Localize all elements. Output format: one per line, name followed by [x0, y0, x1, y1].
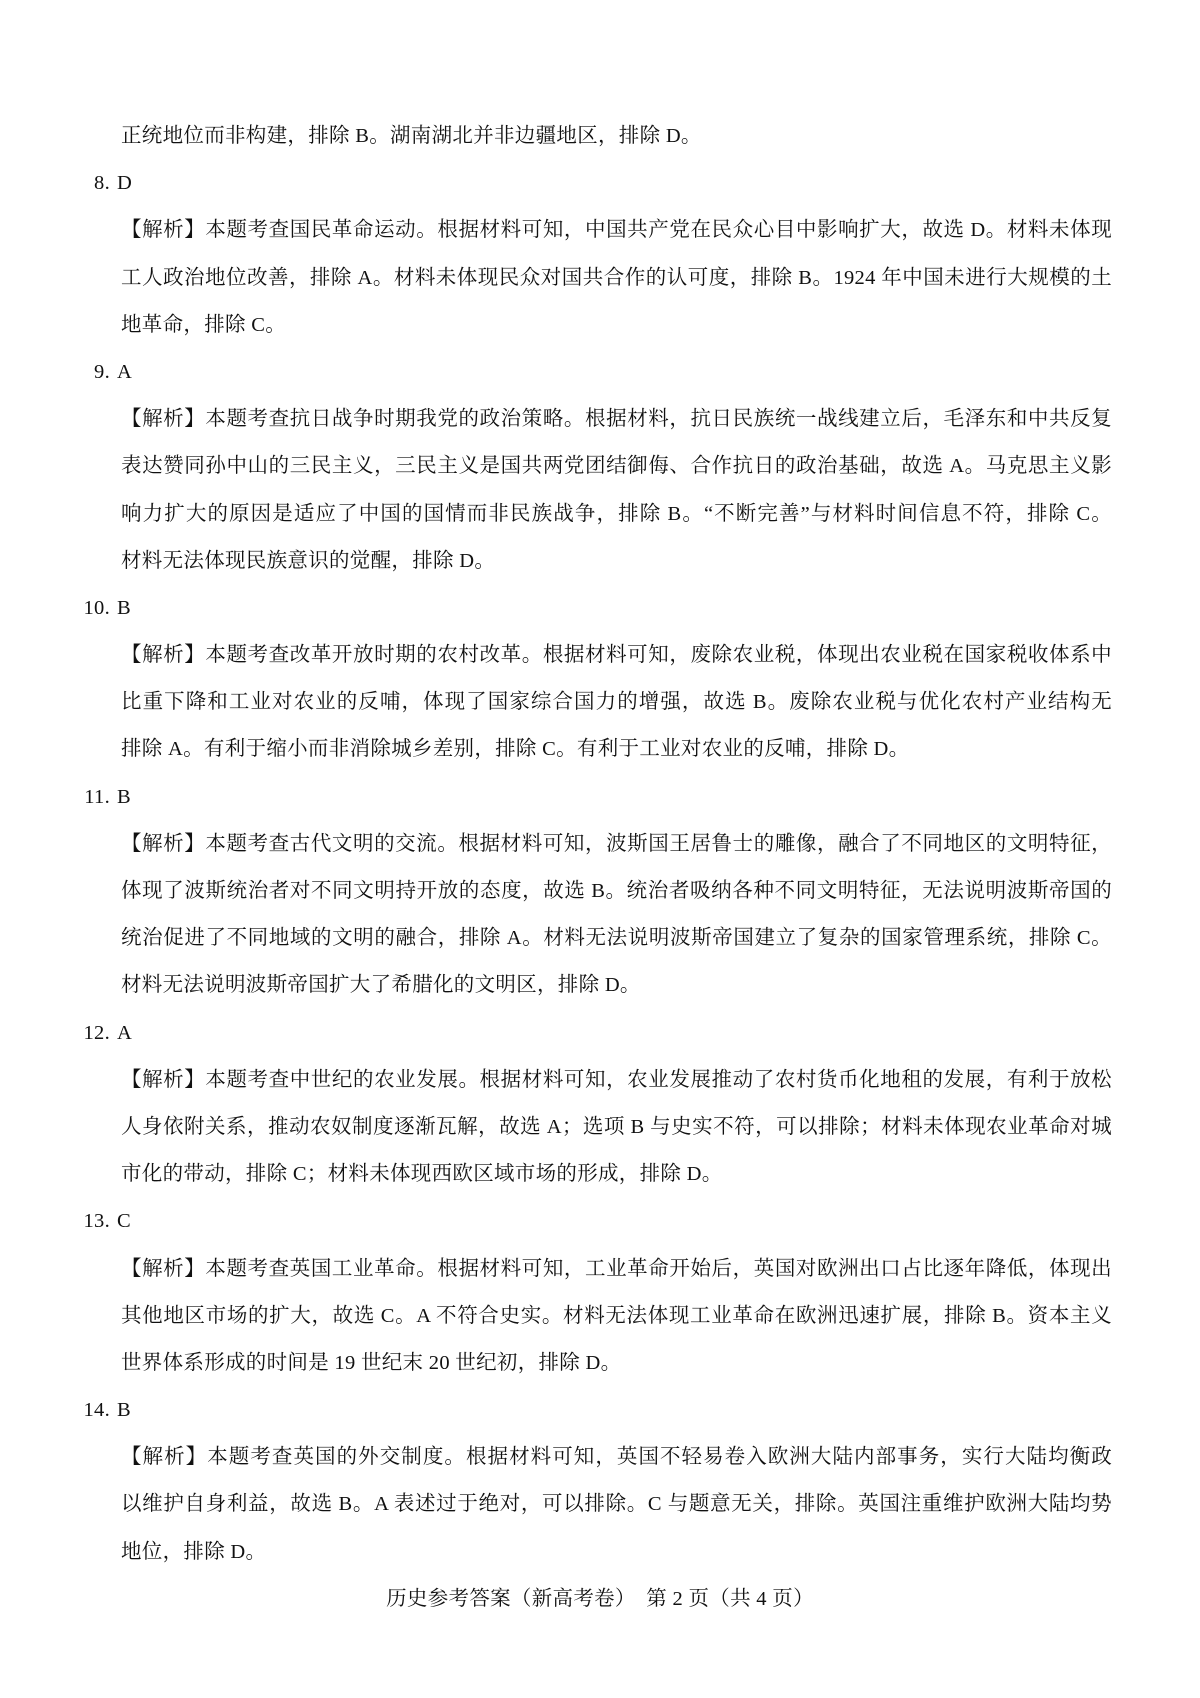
- question-answer: B: [117, 786, 131, 808]
- explanation-line: 排除 A。有利于缩小而非消除城乡差别，排除 C。有利于工业对农业的反哺，排除 D…: [121, 726, 1112, 773]
- explanation-line: 【解析】本题考查英国的外交制度。根据材料可知，英国不轻易卷入欧洲大陆内部事务，实…: [121, 1434, 1112, 1481]
- question-explanation: 【解析】本题考查抗日战争时期我党的政治策略。根据材料，抗日民族统一战线建立后，毛…: [0, 396, 1200, 585]
- question-block: 14.B 【解析】本题考查英国的外交制度。根据材料可知，英国不轻易卷入欧洲大陆内…: [0, 1387, 1200, 1576]
- explanation-line: 人身依附关系，推动农奴制度逐渐瓦解，故选 A；选项 B 与史实不符，可以排除；材…: [121, 1104, 1112, 1151]
- explanation-line: 材料无法体现民族意识的觉醒，排除 D。: [121, 538, 1112, 585]
- question-explanation: 【解析】本题考查国民革命运动。根据材料可知，中国共产党在民众心目中影响扩大，故选…: [0, 207, 1200, 349]
- question-block: 13.C 【解析】本题考查英国工业革命。根据材料可知，工业革命开始后，英国对欧洲…: [0, 1198, 1200, 1387]
- explanation-line: 体现了波斯统治者对不同文明持开放的态度，故选 B。统治者吸纳各种不同文明特征，无…: [121, 868, 1112, 915]
- question-explanation: 【解析】本题考查改革开放时期的农村改革。根据材料可知，废除农业税，体现出农业税在…: [0, 632, 1200, 774]
- continuation-text-line: 正统地位而非构建，排除 B。湖南湖北并非边疆地区，排除 D。: [121, 113, 1112, 160]
- question-answer: C: [117, 1210, 131, 1232]
- question-block: 9.A 【解析】本题考查抗日战争时期我党的政治策略。根据材料，抗日民族统一战线建…: [0, 349, 1200, 585]
- explanation-line: 【解析】本题考查改革开放时期的农村改革。根据材料可知，废除农业税，体现出农业税在…: [121, 632, 1112, 679]
- explanation-line: 比重下降和工业对农业的反哺，体现了国家综合国力的增强，故选 B。废除农业税与优化…: [121, 679, 1112, 726]
- question-block: 8.D 【解析】本题考查国民革命运动。根据材料可知，中国共产党在民众心目中影响扩…: [0, 160, 1200, 349]
- questions: 8.D 【解析】本题考查国民革命运动。根据材料可知，中国共产党在民众心目中影响扩…: [0, 160, 1200, 1576]
- explanation-line: 世界体系形成的时间是 19 世纪末 20 世纪初，排除 D。: [121, 1340, 1112, 1387]
- question-header-line: 11.B: [80, 774, 1200, 821]
- question-explanation: 【解析】本题考查古代文明的交流。根据材料可知，波斯国王居鲁士的雕像，融合了不同地…: [0, 821, 1200, 1010]
- question-number: 10.: [80, 585, 110, 632]
- question-answer: A: [117, 1022, 132, 1044]
- explanation-line: 表达赞同孙中山的三民主义，三民主义是国共两党团结御侮、合作抗日的政治基础，故选 …: [121, 443, 1112, 490]
- question-header-line: 8.D: [80, 160, 1200, 207]
- question-header-line: 14.B: [80, 1387, 1200, 1434]
- explanation-line: 市化的带动，排除 C；材料未体现西欧区域市场的形成，排除 D。: [121, 1151, 1112, 1198]
- question-number: 14.: [80, 1387, 110, 1434]
- question-answer: D: [117, 172, 132, 194]
- question-header-line: 12.A: [80, 1010, 1200, 1057]
- question-number: 11.: [80, 774, 110, 821]
- explanation-line: 以维护自身利益，故选 B。A 表述过于绝对，可以排除。C 与题意无关，排除。英国…: [121, 1481, 1112, 1528]
- explanation-line: 响力扩大的原因是适应了中国的国情而非民族战争，排除 B。“不断完善”与材料时间信…: [121, 491, 1112, 538]
- question-explanation: 【解析】本题考查英国工业革命。根据材料可知，工业革命开始后，英国对欧洲出口占比逐…: [0, 1246, 1200, 1388]
- question-header-line: 9.A: [80, 349, 1200, 396]
- explanation-line: 【解析】本题考查国民革命运动。根据材料可知，中国共产党在民众心目中影响扩大，故选…: [121, 207, 1112, 254]
- question-explanation: 【解析】本题考查中世纪的农业发展。根据材料可知，农业发展推动了农村货币化地租的发…: [0, 1057, 1200, 1199]
- explanation-line: 其他地区市场的扩大，故选 C。A 不符合史实。材料无法体现工业革命在欧洲迅速扩展…: [121, 1293, 1112, 1340]
- question-number: 12.: [80, 1010, 110, 1057]
- question-header-line: 13.C: [80, 1198, 1200, 1245]
- explanation-line: 【解析】本题考查中世纪的农业发展。根据材料可知，农业发展推动了农村货币化地租的发…: [121, 1057, 1112, 1104]
- explanation-line: 【解析】本题考查英国工业革命。根据材料可知，工业革命开始后，英国对欧洲出口占比逐…: [121, 1246, 1112, 1293]
- explanation-line: 【解析】本题考查古代文明的交流。根据材料可知，波斯国王居鲁士的雕像，融合了不同地…: [121, 821, 1112, 868]
- question-number: 13.: [80, 1198, 110, 1245]
- question-explanation: 【解析】本题考查英国的外交制度。根据材料可知，英国不轻易卷入欧洲大陆内部事务，实…: [0, 1434, 1200, 1576]
- question-answer: A: [117, 361, 132, 383]
- question-block: 11.B 【解析】本题考查古代文明的交流。根据材料可知，波斯国王居鲁士的雕像，融…: [0, 774, 1200, 1010]
- question-number: 9.: [80, 349, 110, 396]
- question-block: 10.B 【解析】本题考查改革开放时期的农村改革。根据材料可知，废除农业税，体现…: [0, 585, 1200, 774]
- question-answer: B: [117, 597, 131, 619]
- explanation-line: 统治促进了不同地域的文明的融合，排除 A。材料无法说明波斯帝国建立了复杂的国家管…: [121, 915, 1112, 962]
- explanation-line: 工人政治地位改善，排除 A。材料未体现民众对国共合作的认可度，排除 B。1924…: [121, 255, 1112, 302]
- question-answer: B: [117, 1399, 131, 1421]
- answer-sheet-page: 正统地位而非构建，排除 B。湖南湖北并非边疆地区，排除 D。 8.D 【解析】本…: [0, 0, 1200, 1698]
- explanation-line: 地位，排除 D。: [121, 1529, 1112, 1576]
- explanation-line: 地革命，排除 C。: [121, 302, 1112, 349]
- page-footer: 历史参考答案（新高考卷） 第 2 页（共 4 页）: [0, 1576, 1200, 1623]
- question-number: 8.: [80, 160, 110, 207]
- document-body: 正统地位而非构建，排除 B。湖南湖北并非边疆地区，排除 D。 8.D 【解析】本…: [0, 113, 1200, 1623]
- explanation-line: 材料无法说明波斯帝国扩大了希腊化的文明区，排除 D。: [121, 962, 1112, 1009]
- question-block: 12.A 【解析】本题考查中世纪的农业发展。根据材料可知，农业发展推动了农村货币…: [0, 1010, 1200, 1199]
- question-header-line: 10.B: [80, 585, 1200, 632]
- explanation-line: 【解析】本题考查抗日战争时期我党的政治策略。根据材料，抗日民族统一战线建立后，毛…: [121, 396, 1112, 443]
